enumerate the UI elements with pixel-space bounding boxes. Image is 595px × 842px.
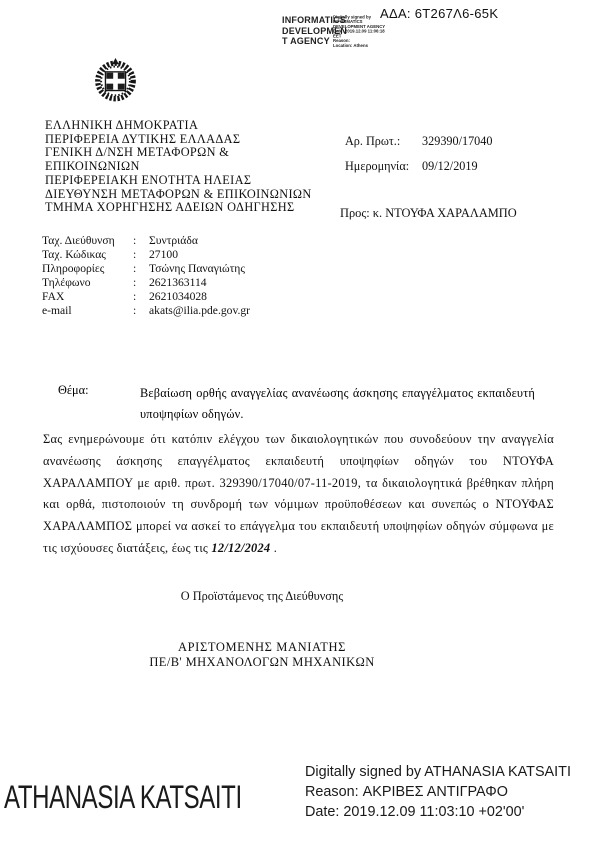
contact-row-fax: FAX:2621034028 xyxy=(42,290,250,304)
colon: : xyxy=(133,262,149,276)
signatory-name: ΑΡΙΣΤΟΜΕΝΗΣ ΜΑΝΙΑΤΗΣ xyxy=(62,640,462,655)
colon: : xyxy=(133,248,149,262)
letterhead-line: ΕΠΙΚΟΙΝΩΝΙΩΝ xyxy=(45,160,312,174)
colon: : xyxy=(133,234,149,248)
document-date-row: Ημερομηνία: 09/12/2019 xyxy=(345,159,478,174)
contact-label: Πληροφορίες xyxy=(42,262,133,276)
contact-label: FAX xyxy=(42,290,133,304)
letterhead-line: ΠΕΡΙΦΕΡΕΙΑ ΔΥΤΙΚΗΣ ΕΛΛΑΔΑΣ xyxy=(45,133,312,147)
contact-row-phone: Τηλέφωνο:2621363114 xyxy=(42,276,250,290)
date-label: Ημερομηνία: xyxy=(345,159,419,174)
subject-label: Θέμα: xyxy=(58,383,89,398)
contact-row-email: e-mail:akats@ilia.pde.gov.gr xyxy=(42,304,250,318)
signatory-title: Ο Προϊστάμενος της Διεύθυνσης xyxy=(62,589,462,604)
protocol-value: 329390/17040 xyxy=(422,134,492,148)
contact-value: Συντριάδα xyxy=(149,234,198,247)
contact-row-postal-code: Ταχ. Κώδικας:27100 xyxy=(42,248,250,262)
contact-value: Τσώνης Παναγιώτης xyxy=(149,262,245,275)
contact-label: e-mail xyxy=(42,304,133,318)
recipient-value: κ. ΝΤΟΥΦΑ ΧΑΡΑΛΑΜΠΟ xyxy=(373,206,517,220)
body-paragraph: Σας ενημερώνουμε ότι κατόπιν ελέγχου των… xyxy=(43,429,554,560)
colon: : xyxy=(133,276,149,290)
digital-signature-line: Reason: ΑΚΡΙΒΕΣ ΑΝΤΙΓΡΑΦΟ xyxy=(305,782,571,802)
digital-signature-signer: ATHANASIA KATSAITI xyxy=(4,779,242,816)
letterhead-line: ΤΜΗΜΑ ΧΟΡΗΓΗΣΗΣ ΑΔΕΙΩΝ ΟΔΗΓΗΣΗΣ xyxy=(45,201,312,215)
colon: : xyxy=(133,290,149,304)
recipient-row: Προς: κ. ΝΤΟΥΦΑ ΧΑΡΑΛΑΜΠΟ xyxy=(340,206,517,221)
digital-signature-details: Digitally signed by ATHANASIA KATSAITI R… xyxy=(305,762,571,823)
letterhead: ΕΛΛΗΝΙΚΗ ΔΗΜΟΚΡΑΤΙΑ ΠΕΡΙΦΕΡΕΙΑ ΔΥΤΙΚΗΣ Ε… xyxy=(45,119,312,215)
contact-label: Ταχ. Διεύθυνση xyxy=(42,234,133,248)
contact-label: Ταχ. Κώδικας xyxy=(42,248,133,262)
document-page: ΑΔΑ: 6Τ267Λ6-65Κ INFORMATICS DEVELOPMEN … xyxy=(0,0,595,842)
digital-signature-line: Digitally signed by ATHANASIA KATSAITI xyxy=(305,762,571,782)
stamp-detail-line: Location: Athens xyxy=(333,43,471,48)
greek-coat-of-arms-icon xyxy=(92,57,139,108)
protocol-number-row: Αρ. Πρωτ.: 329390/17040 xyxy=(345,134,492,149)
colon: : xyxy=(133,304,149,318)
letterhead-line: ΕΛΛΗΝΙΚΗ ΔΗΜΟΚΡΑΤΙΑ xyxy=(45,119,312,133)
contact-info: Ταχ. Διεύθυνση:Συντριάδα Ταχ. Κώδικας:27… xyxy=(42,234,250,318)
contact-value: akats@ilia.pde.gov.gr xyxy=(149,304,250,317)
letterhead-line: ΓΕΝΙΚΗ Δ/ΝΣΗ ΜΕΤΑΦΟΡΩΝ & xyxy=(45,146,312,160)
expiry-date: 12/12/2024 xyxy=(211,541,270,555)
date-value: 09/12/2019 xyxy=(422,159,478,173)
contact-label: Τηλέφωνο xyxy=(42,276,133,290)
contact-value: 27100 xyxy=(149,248,178,261)
letterhead-line: ΔΙΕΥΘΥΝΣΗ ΜΕΤΑΦΟΡΩΝ & ΕΠΙΚΟΙΝΩΝΙΩΝ xyxy=(45,188,312,202)
contact-value: 2621363114 xyxy=(149,276,207,289)
protocol-label: Αρ. Πρωτ.: xyxy=(345,134,419,149)
recipient-label: Προς: xyxy=(340,206,370,220)
body-text: Σας ενημερώνουμε ότι κατόπιν ελέγχου των… xyxy=(43,432,554,555)
contact-value: 2621034028 xyxy=(149,290,207,303)
signatory-block: Ο Προϊστάμενος της Διεύθυνσης ΑΡΙΣΤΟΜΕΝΗ… xyxy=(62,589,462,670)
contact-row-information: Πληροφορίες:Τσώνης Παναγιώτης xyxy=(42,262,250,276)
subject-text: Βεβαίωση ορθής αναγγελίας ανανέωσης άσκη… xyxy=(140,383,535,424)
letterhead-line: ΠΕΡΙΦΕΡΕΙΑΚΗ ΕΝΟΤΗΤΑ ΗΛΕΙΑΣ xyxy=(45,174,312,188)
contact-row-address: Ταχ. Διεύθυνση:Συντριάδα xyxy=(42,234,250,248)
digital-signature-line: Date: 2019.12.09 11:03:10 +02'00' xyxy=(305,802,571,822)
body-text-after: . xyxy=(270,541,277,555)
diavgeia-stamp-details: Digitally signed by INFORMATICS DEVELOPM… xyxy=(333,15,553,92)
signatory-grade: ΠΕ/Β' ΜΗΧΑΝΟΛΟΓΩΝ ΜΗΧΑΝΙΚΩΝ xyxy=(62,655,462,670)
